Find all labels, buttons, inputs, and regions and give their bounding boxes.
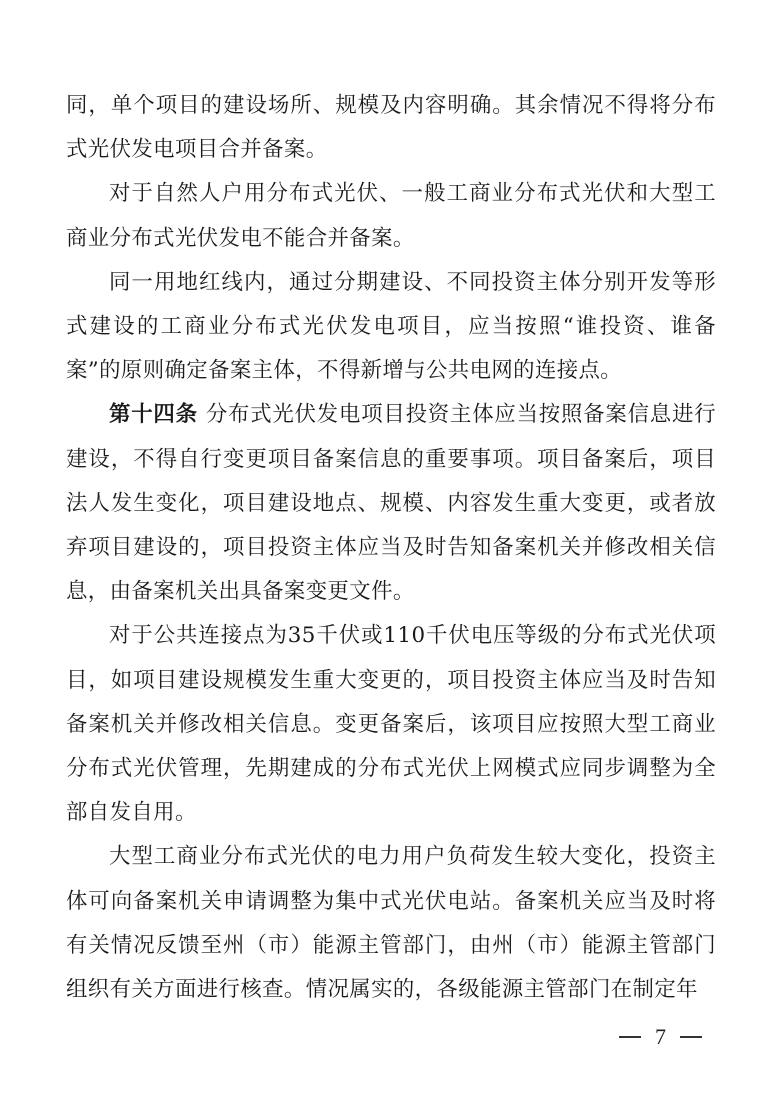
paragraph-6: 大型工商业分布式光伏的电力用户负荷发生较大变化，投资主体可向备案机关申请调整为集… [66, 835, 716, 1012]
paragraph-5: 对于公共连接点为35千伏或110千伏电压等级的分布式光伏项目，如项目建设规模发生… [66, 614, 716, 835]
paragraph-text: 分布式光伏发电项目投资主体应当按照备案信息进行建设，不得自行变更项目备案信息的重… [66, 402, 716, 604]
paragraph-text: 同一用地红线内，通过分期建设、不同投资主体分别开发等形式建设的工商业分布式光伏发… [66, 270, 716, 383]
dash-left-decoration [619, 1036, 641, 1038]
paragraph-2: 对于自然人户用分布式光伏、一般工商业分布式光伏和大型工商业分布式光伏发电不能合并… [66, 172, 716, 260]
page-footer: 7 [619, 1024, 702, 1050]
paragraph-3: 同一用地红线内，通过分期建设、不同投资主体分别开发等形式建设的工商业分布式光伏发… [66, 261, 716, 394]
paragraph-text: 对于公共连接点为35千伏或110千伏电压等级的分布式光伏项目，如项目建设规模发生… [66, 623, 716, 825]
page-number: 7 [655, 1024, 666, 1050]
article-heading: 第十四条 [109, 402, 198, 427]
paragraph-article-14: 第十四条分布式光伏发电项目投资主体应当按照备案信息进行建设，不得自行变更项目备案… [66, 393, 716, 614]
paragraph-text: 大型工商业分布式光伏的电力用户负荷发生较大变化，投资主体可向备案机关申请调整为集… [66, 844, 716, 1002]
dash-right-decoration [680, 1036, 702, 1038]
paragraph-text: 同，单个项目的建设场所、规模及内容明确。其余情况不得将分布式光伏发电项目合并备案… [66, 93, 716, 162]
document-page: 同，单个项目的建设场所、规模及内容明确。其余情况不得将分布式光伏发电项目合并备案… [66, 84, 716, 1012]
paragraph-1: 同，单个项目的建设场所、规模及内容明确。其余情况不得将分布式光伏发电项目合并备案… [66, 84, 716, 172]
paragraph-text: 对于自然人户用分布式光伏、一般工商业分布式光伏和大型工商业分布式光伏发电不能合并… [66, 181, 716, 250]
